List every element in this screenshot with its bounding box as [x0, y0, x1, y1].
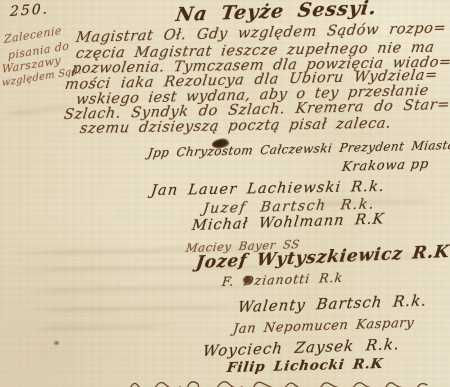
cut-off-signature [125, 378, 435, 387]
signature: Filip Lichocki R.K [226, 356, 384, 376]
attestation-line-2: Krakowa pp [341, 157, 430, 175]
signature: Jan Nepomucen Kaspary [232, 316, 415, 337]
bleed-through-line [22, 304, 262, 312]
signature: Jan Lauer Lachiewski R.k. [150, 179, 386, 199]
signature: Walenty Bartsch R.k. [237, 291, 428, 316]
attestation-line-1: Jpp Chryzostom Całczewski Prezydent Mias… [147, 138, 450, 160]
ink-stain [54, 341, 59, 345]
manuscript-page: 250. Na Teyże Sessyi. Zalecenie pisania … [0, 0, 450, 387]
page-number: 250. [10, 1, 50, 20]
bleed-through-line [30, 324, 180, 332]
signature: F. Dzianotti R.k [221, 270, 344, 289]
